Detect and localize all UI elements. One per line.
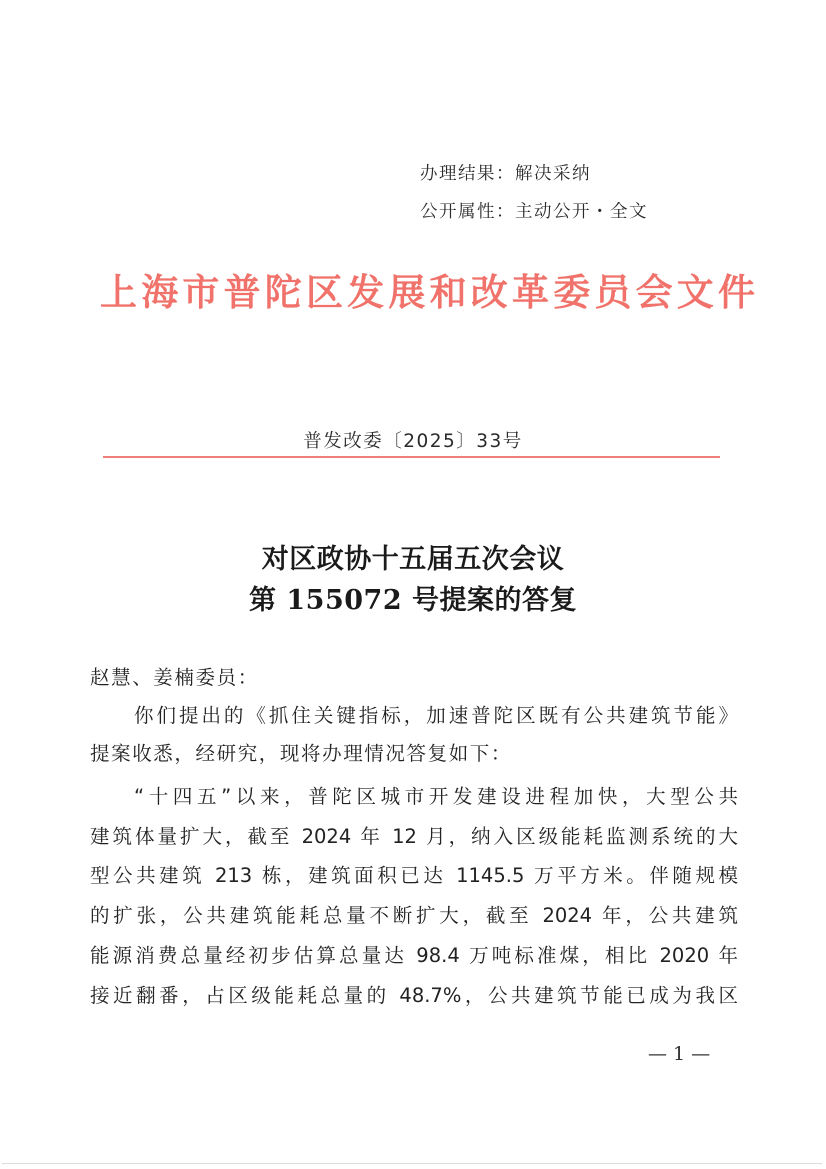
handling-result: 办理结果：解决采纳 — [420, 160, 591, 185]
body-line: 接近翻番，占区级能耗总量的 48.7%，公共建筑节能已成为我区 — [90, 982, 738, 1010]
body-line: “十四五”以来，普陀区城市开发建设进程加快，大型公共 — [134, 783, 738, 811]
body-line: 你们提出的《抓住关键指标，加速普陀区既有公共建筑节能》 — [134, 702, 738, 730]
issuing-organization-title: 上海市普陀区发展和改革委员会文件 — [100, 262, 730, 316]
body-line: 建筑体量扩大，截至 2024 年 12 月，纳入区级能耗监测系统的大 — [90, 823, 738, 851]
page-bottom-edge — [2, 1163, 822, 1164]
salutation: 赵慧、姜楠委员： — [90, 664, 259, 692]
disclosure-attribute-value: 主动公开・全文 — [515, 202, 648, 222]
disclosure-attribute: 公开属性：主动公开・全文 — [420, 198, 648, 223]
body-line: 提案收悉，经研究，现将办理情况答复如下： — [90, 740, 512, 768]
body-line: 能源消费总量经初步估算总量达 98.4 万吨标准煤，相比 2020 年 — [90, 942, 738, 970]
handling-result-label: 办理结果： — [420, 164, 515, 184]
body-line: 型公共建筑 213 栋，建筑面积已达 1145.5 万平方米。伴随规模 — [90, 862, 738, 890]
document-title-line-1: 对区政协十五届五次会议 — [0, 537, 826, 576]
disclosure-attribute-label: 公开属性： — [420, 202, 515, 222]
body-line: 的扩张，公共建筑能耗总量不断扩大，截至 2024 年，公共建筑 — [90, 902, 738, 930]
document-title-line-2: 第 155072 号提案的答复 — [0, 578, 826, 617]
handling-result-value: 解决采纳 — [515, 164, 591, 184]
page-number: — 1 — — [648, 1043, 710, 1065]
red-divider-line — [103, 456, 720, 458]
document-number: 普发改委〔2025〕33号 — [0, 427, 826, 453]
